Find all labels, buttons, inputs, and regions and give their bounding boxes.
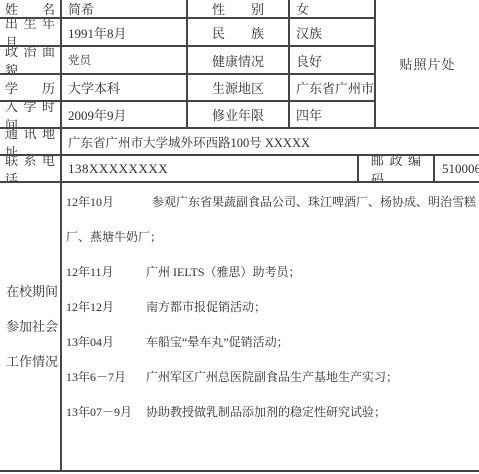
ethnicity-value: 汉族: [296, 23, 322, 42]
table-row: 入学时间 2009年9月 修业年限 四年: [0, 102, 376, 129]
top-info-block: 姓名 简希 性别 女 出生年月 1991年8月 民族 汉族 政治面貌 党员 健康…: [0, 0, 479, 129]
phone-value: 138XXXXXXXX: [68, 161, 168, 177]
table-row: 出生年月 1991年8月 民族 汉族: [0, 19, 376, 47]
enrollment-label-cell: 入学时间: [0, 102, 62, 129]
political-value: 党员: [68, 52, 91, 68]
activities-label-line: 参加社会: [6, 309, 54, 344]
birth-label: 出生年月: [5, 19, 55, 47]
activities-section: 在校期间 参加社会 工作情况 12年10月参观广东省果蔬副食品公司、珠江啤酒厂、…: [0, 183, 479, 472]
activity-date: 12年10月: [66, 185, 152, 220]
political-label: 政治面貌: [5, 47, 55, 75]
address-value: 广东省广州市大学城外环西路100号 XXXXX: [68, 133, 310, 151]
activity-item: 13年04月车船宝“晕车丸”促销活动；: [66, 325, 479, 360]
political-label-cell: 政治面貌: [0, 47, 62, 75]
enrollment-label: 入学时间: [5, 102, 55, 129]
activity-desc: 广州军区广州总医院副食品生产基地生产实习；: [146, 370, 398, 384]
name-value-cell: 简希: [62, 0, 188, 19]
birth-value-cell: 1991年8月: [62, 19, 188, 47]
activity-item: 13年6－7月广州军区广州总医院副食品生产基地生产实习；: [66, 360, 479, 395]
duration-value-cell: 四年: [290, 102, 376, 129]
activities-label-line: 在校期间: [6, 274, 54, 309]
political-value-cell: 党员: [62, 47, 188, 75]
resume-form: 姓名 简希 性别 女 出生年月 1991年8月 民族 汉族 政治面貌 党员 健康…: [0, 0, 479, 474]
activity-desc: 广州 IELTS（雅思）助考员；: [146, 265, 301, 279]
origin-label-cell: 生源地区: [188, 75, 290, 102]
info-grid: 姓名 简希 性别 女 出生年月 1991年8月 民族 汉族 政治面貌 党员 健康…: [0, 0, 376, 129]
origin-label: 生源地区: [212, 78, 264, 97]
phone-value-cell: 138XXXXXXXX: [62, 156, 359, 183]
table-row: 学历 大学本科 生源地区 广东省广州市: [0, 75, 376, 102]
gender-value-cell: 女: [290, 0, 376, 19]
enrollment-value: 2009年9月: [68, 105, 127, 124]
zip-value: 510006: [442, 161, 479, 177]
duration-label-cell: 修业年限: [188, 102, 290, 129]
activity-date: 13年6－7月: [66, 360, 146, 395]
activities-content-cell: 12年10月参观广东省果蔬副食品公司、珠江啤酒厂、杨协成、明治雪糕厂、燕塘牛奶厂…: [62, 183, 479, 472]
activity-date: 13年04月: [66, 325, 146, 360]
table-row: 姓名 简希 性别 女: [0, 0, 376, 19]
name-label-cell: 姓名: [0, 0, 62, 19]
zip-value-cell: 510006: [435, 156, 479, 183]
education-value-cell: 大学本科: [62, 75, 188, 102]
education-value: 大学本科: [68, 78, 120, 97]
education-label-cell: 学历: [0, 75, 62, 102]
gender-label: 性别: [212, 0, 264, 18]
zip-label: 邮政编码: [371, 156, 421, 183]
health-label-cell: 健康情况: [188, 47, 290, 75]
ethnicity-value-cell: 汉族: [290, 19, 376, 47]
birth-value: 1991年8月: [68, 23, 127, 42]
ethnicity-label-cell: 民族: [188, 19, 290, 47]
phone-label: 联系电话: [5, 156, 55, 183]
ethnicity-label: 民族: [212, 23, 264, 42]
activity-date: 12年11月: [66, 255, 146, 290]
activity-desc: 南方都市报促销活动；: [146, 300, 266, 314]
activities-label-cell: 在校期间 参加社会 工作情况: [0, 183, 62, 472]
phone-row: 联系电话 138XXXXXXXX 邮政编码 510006: [0, 156, 479, 183]
duration-value: 四年: [296, 105, 322, 124]
address-value-cell: 广东省广州市大学城外环西路100号 XXXXX: [62, 129, 479, 156]
health-value: 良好: [296, 51, 322, 70]
activity-date: 12年12月: [66, 290, 146, 325]
birth-label-cell: 出生年月: [0, 19, 62, 47]
activity-date: 13年07－9月: [66, 395, 146, 430]
photo-placeholder-label: 贴照片处: [399, 54, 455, 73]
activity-desc: 协助教授做乳制品添加剂的稳定性研究试验；: [146, 405, 386, 419]
activity-item: 12年10月参观广东省果蔬副食品公司、珠江啤酒厂、杨协成、明治雪糕厂、燕塘牛奶厂…: [66, 185, 479, 255]
health-value-cell: 良好: [290, 47, 376, 75]
activity-desc: 车船宝“晕车丸”促销活动；: [146, 335, 289, 349]
phone-label-cell: 联系电话: [0, 156, 62, 183]
name-value: 简希: [68, 0, 94, 18]
education-label: 学历: [5, 78, 55, 97]
address-label-cell: 通讯地址: [0, 129, 62, 156]
duration-label: 修业年限: [212, 105, 264, 124]
health-label: 健康情况: [212, 51, 264, 70]
origin-value-cell: 广东省广州市: [290, 75, 376, 102]
gender-label-cell: 性别: [188, 0, 290, 19]
table-row: 政治面貌 党员 健康情况 良好: [0, 47, 376, 75]
activity-item: 13年07－9月协助教授做乳制品添加剂的稳定性研究试验；: [66, 395, 479, 430]
gender-value: 女: [296, 0, 309, 18]
photo-placeholder-cell: 贴照片处: [376, 0, 479, 129]
origin-value: 广东省广州市: [296, 78, 374, 97]
zip-label-cell: 邮政编码: [359, 156, 435, 183]
address-label: 通讯地址: [5, 129, 55, 156]
activity-item: 12年12月南方都市报促销活动；: [66, 290, 479, 325]
name-label: 姓名: [5, 0, 55, 18]
address-row: 通讯地址 广东省广州市大学城外环西路100号 XXXXX: [0, 129, 479, 156]
enrollment-value-cell: 2009年9月: [62, 102, 188, 129]
activity-item: 12年11月广州 IELTS（雅思）助考员；: [66, 255, 479, 290]
activities-label-line: 工作情况: [6, 344, 54, 379]
